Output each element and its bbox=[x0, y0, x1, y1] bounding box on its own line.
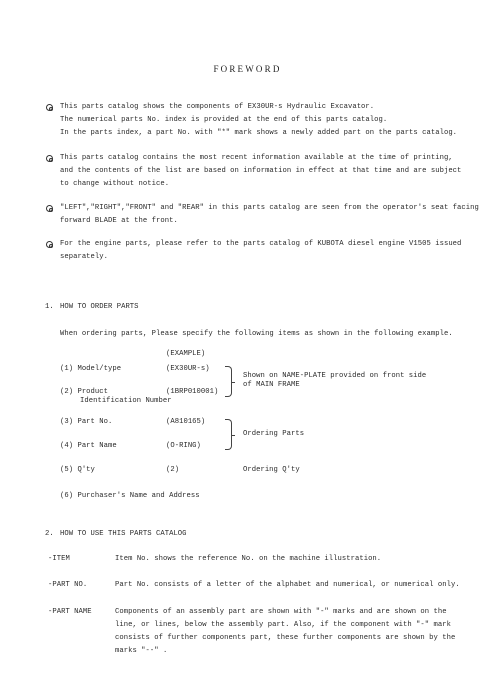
note-line: "LEFT","RIGHT","FRONT" and "REAR" in thi… bbox=[60, 204, 479, 213]
order-item-label-cont: Identification Number bbox=[80, 397, 172, 406]
order-item-label: (3) Part No. bbox=[60, 418, 112, 427]
term-definition: consists of further components part, the… bbox=[115, 634, 455, 643]
order-item-label: (2) Product bbox=[60, 388, 108, 397]
double-circle-bullet-icon bbox=[46, 241, 53, 248]
note-line: forward BLADE at the front. bbox=[60, 217, 178, 226]
order-item-label: (5) Q'ty bbox=[60, 466, 95, 475]
section-number: 1. bbox=[45, 303, 54, 312]
note-line: The numerical parts No. index is provide… bbox=[60, 116, 387, 125]
order-item-example: (O-RING) bbox=[166, 442, 201, 451]
term-label: -PART NAME bbox=[48, 608, 92, 617]
term-definition: Part No. consists of a letter of the alp… bbox=[115, 581, 460, 590]
page-title: FOREWORD bbox=[0, 64, 495, 74]
section-heading: HOW TO USE THIS PARTS CATALOG bbox=[60, 530, 187, 539]
term-label: -PART NO. bbox=[48, 581, 87, 590]
section-number: 2. bbox=[45, 530, 54, 539]
note-line: This parts catalog shows the components … bbox=[60, 103, 374, 112]
term-definition: line, or lines, below the assembly part.… bbox=[115, 621, 451, 630]
order-item-note: Ordering Q'ty bbox=[243, 466, 300, 475]
group-note: Ordering Parts bbox=[243, 430, 304, 439]
section-intro: When ordering parts, Please specify the … bbox=[60, 330, 453, 339]
order-item-example: (2) bbox=[166, 466, 179, 475]
example-label: (EXAMPLE) bbox=[166, 350, 205, 359]
double-circle-bullet-icon bbox=[46, 155, 53, 162]
double-circle-bullet-icon bbox=[46, 205, 53, 212]
group-note: Shown on NAME-PLATE provided on front si… bbox=[243, 372, 426, 381]
order-item-example: (1BRP010001) bbox=[166, 388, 218, 397]
term-definition: Components of an assembly part are shown… bbox=[115, 608, 447, 617]
note-line: and the contents of the list are based o… bbox=[60, 167, 461, 176]
order-item-label: (6) Purchaser's Name and Address bbox=[60, 492, 200, 501]
order-item-label: (1) Model/type bbox=[60, 365, 121, 374]
order-item-example: (EX30UR-s) bbox=[166, 365, 210, 374]
note-line: In the parts index, a part No. with "*" … bbox=[60, 129, 457, 138]
brace-icon bbox=[225, 366, 232, 397]
section-heading: HOW TO ORDER PARTS bbox=[60, 303, 139, 312]
double-circle-bullet-icon bbox=[46, 104, 53, 111]
order-item-example: (A810165) bbox=[166, 418, 205, 427]
term-definition: marks "--" . bbox=[115, 647, 167, 656]
note-line: This parts catalog contains the most rec… bbox=[60, 154, 453, 163]
term-label: -ITEM bbox=[48, 555, 70, 564]
note-line: separately. bbox=[60, 253, 108, 262]
note-line: to change without notice. bbox=[60, 180, 169, 189]
brace-icon bbox=[225, 419, 232, 450]
group-note: of MAIN FRAME bbox=[243, 381, 300, 390]
term-definition: Item No. shows the reference No. on the … bbox=[115, 555, 381, 564]
order-item-label: (4) Part Name bbox=[60, 442, 117, 451]
note-line: For the engine parts, please refer to th… bbox=[60, 240, 461, 249]
